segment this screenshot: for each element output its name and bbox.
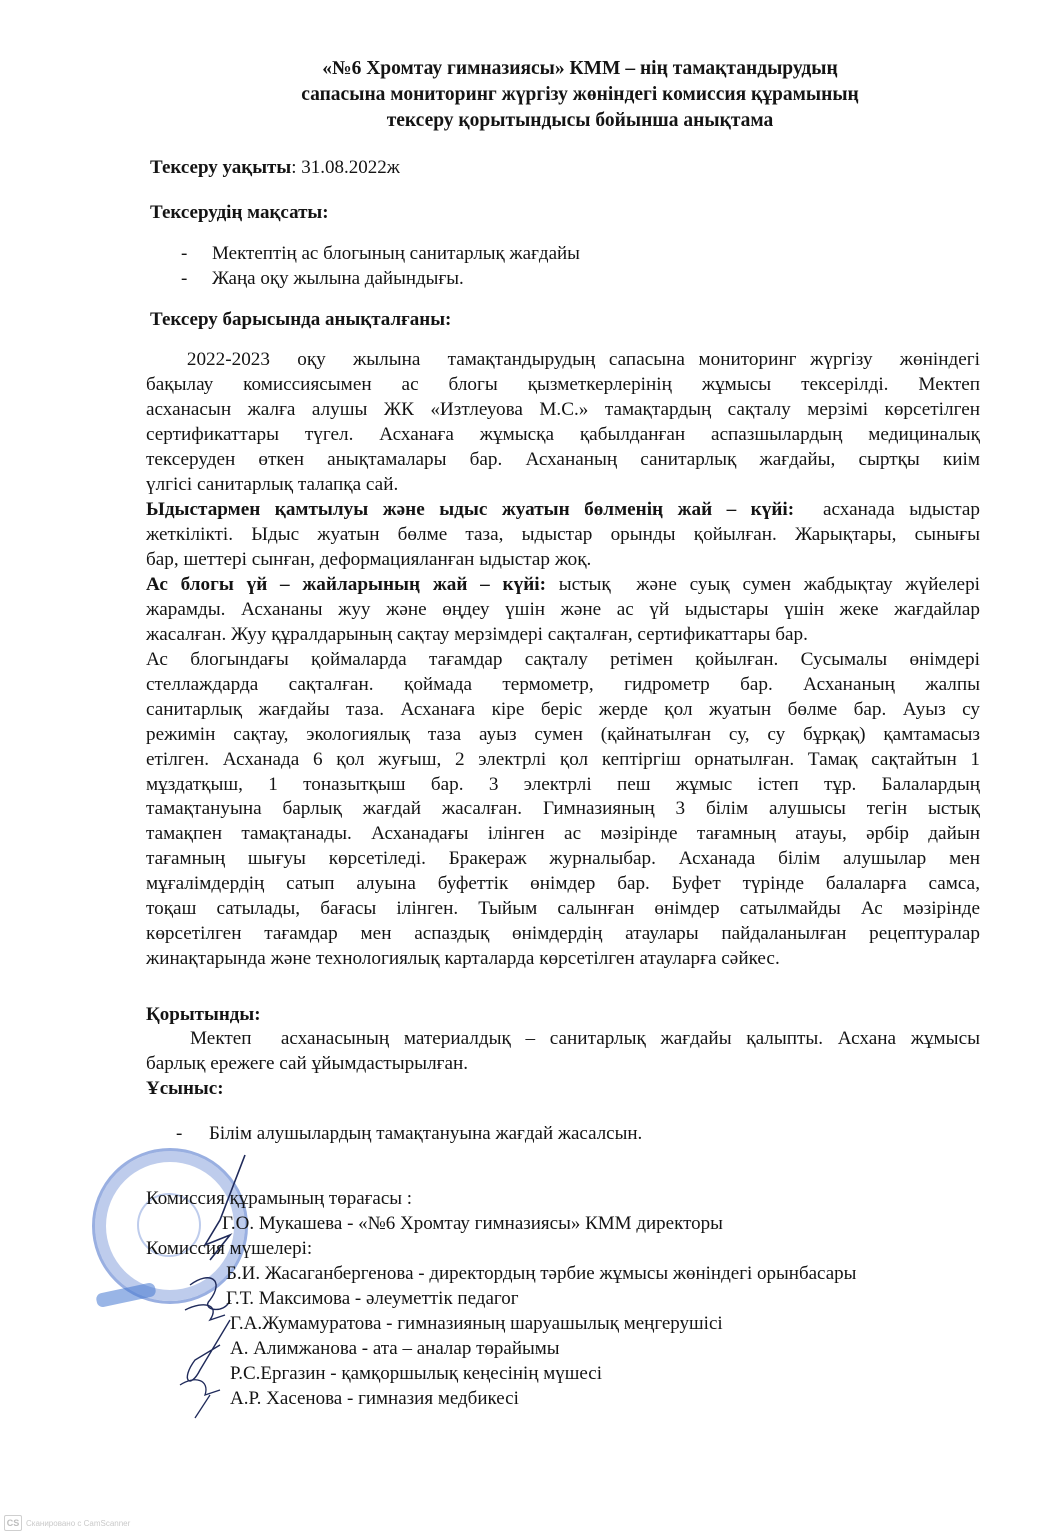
text-line: жинақтарында және технологиялық карталар… <box>146 947 980 972</box>
text-line: бар, шеттері сынған, деформацияланған ыд… <box>146 548 980 573</box>
camscanner-watermark: CS Сканировано с CamScanner <box>4 1514 130 1532</box>
commission-member: Г.Т. Максимова - әлеуметтік педагог <box>226 1286 519 1311</box>
recommendation-item-1: Білім алушылардың тамақтануына жағдай жа… <box>209 1121 642 1146</box>
bullet-dash: - <box>181 241 187 266</box>
text-line: жарамды. Асхананы жуу және өңдеу үшін жә… <box>146 598 980 623</box>
findings-paragraph-2: Ыдыстармен қамтылуы және ыдыс жуатын бөл… <box>146 498 980 573</box>
text-line: асханасын жалға алушы ЖК «Изтлеуова М.С.… <box>146 398 980 423</box>
text-line: тағамның шығуы көрсетіледі. Бракераж жур… <box>146 847 980 872</box>
text-line: тексеруден өткен анықтамалары бар. Асхан… <box>146 448 980 473</box>
text-line: көрсетілген тағамдар мен аспаздық өнімде… <box>146 922 980 947</box>
dishes-first-line: асханада ыдыстар <box>794 499 980 520</box>
text-line: Ас блогындағы қоймаларда тағамдар сақтал… <box>146 648 980 673</box>
commission-member: Б.И. Жасаганбергенова - директордың тәрб… <box>226 1261 856 1286</box>
purpose-item-2: Жаңа оқу жылына дайындығы. <box>212 266 464 291</box>
commission-member: Г.А.Жумамуратова - гимназияның шаруашылы… <box>230 1311 723 1336</box>
camscanner-logo-icon: CS <box>4 1515 22 1531</box>
findings-paragraph-3: Ас блогы үй – жайларының жай – күйі: ыст… <box>146 573 980 648</box>
text-line: мұғалімдердің сатып алуына буфеттік өнім… <box>146 872 980 897</box>
title-line-3: тексеру қорытындысы бойынша анықтама <box>150 108 1010 134</box>
document-title: «№6 Хромтау гимназиясы» КММ – нің тамақт… <box>150 56 1010 134</box>
findings-paragraph-1: 2022-2023 оқу жылына тамақтандырудың сап… <box>146 348 980 497</box>
title-line-2: сапасына мониторинг жүргізу жөніндегі ко… <box>150 82 1010 108</box>
premises-first-line: ыстық және суық сумен жабдықтау жүйелері <box>546 574 980 595</box>
text-line: етілген. Асханада 6 қол жуғыш, 2 электрл… <box>146 748 980 773</box>
text-line: режимін сақтау, экологиялық таза ауыз су… <box>146 723 980 748</box>
text-line: 2022-2023 оқу жылына тамақтандырудың сап… <box>146 348 980 373</box>
bullet-dash: - <box>176 1121 182 1146</box>
text-line: Мектеп асханасының материалдық – санитар… <box>146 1027 980 1052</box>
inspection-time: Тексеру уақыты: 31.08.2022ж <box>150 155 400 180</box>
inspection-time-label: Тексеру уақыты <box>150 157 291 178</box>
findings-paragraph-4: Ас блогындағы қоймаларда тағамдар сақтал… <box>146 648 980 972</box>
text-line: стеллаждарда сақталған. қоймада термомет… <box>146 673 980 698</box>
conclusion-text: Мектеп асханасының материалдық – санитар… <box>146 1027 980 1077</box>
text-line: Ыдыстармен қамтылуы және ыдыс жуатын бөл… <box>146 498 980 523</box>
title-line-1: «№6 Хромтау гимназиясы» КММ – нің тамақт… <box>150 56 1010 82</box>
text-line: Ас блогы үй – жайларының жай – күйі: ыст… <box>146 573 980 598</box>
text-line: мұздатқыш, 1 тоназытқыш бар. 3 электрлі … <box>146 773 980 798</box>
commission-member: А.Р. Хасенова - гимназия медбикесі <box>230 1386 519 1411</box>
conclusion-heading: Қорытынды: <box>146 1002 261 1027</box>
purpose-item-1: Мектептің ас блогының санитарлық жағдайы <box>212 241 580 266</box>
inspection-time-value: : 31.08.2022ж <box>291 157 400 178</box>
text-line: жеткілікті. Ыдыс жуатын бөлме таза, ыдыс… <box>146 523 980 548</box>
text-line: үлгісі санитарлық талапқа сай. <box>146 473 980 498</box>
text-line: санитарлық жағдайы таза. Асханаға кіре б… <box>146 698 980 723</box>
document-page: «№6 Хромтау гимназиясы» КММ – нің тамақт… <box>0 0 1060 1538</box>
findings-heading: Тексеру барысында анықталғаны: <box>150 307 451 332</box>
commission-chair: Г.О. Мукашева - «№6 Хромтау гимназиясы» … <box>222 1211 723 1236</box>
text-line: тамақпен тамақтанады. Асханадағы ілінген… <box>146 822 980 847</box>
text-line: бақылау комиссиясымен ас блогы қызметкер… <box>146 373 980 398</box>
commission-members-label: Комиссия мүшелері: <box>146 1236 312 1261</box>
purpose-heading: Тексерудің мақсаты: <box>150 200 329 225</box>
dishes-heading: Ыдыстармен қамтылуы және ыдыс жуатын бөл… <box>146 499 794 520</box>
commission-chair-label: Комиссия құрамының төрағасы : <box>146 1186 412 1211</box>
premises-heading: Ас блогы үй – жайларының жай – күйі: <box>146 574 546 595</box>
text-line: барлық ережеге сай ұйымдастырылған. <box>146 1052 980 1077</box>
text-line: сертификаттары түгел. Асханаға жұмысқа қ… <box>146 423 980 448</box>
recommendation-heading: Ұсыныс: <box>146 1076 224 1101</box>
commission-member: А. Алимжанова - ата – аналар төрайымы <box>230 1336 560 1361</box>
bullet-dash: - <box>181 266 187 291</box>
text-line: жасалған. Жуу құралдарының сақтау мерзім… <box>146 623 980 648</box>
commission-member: Р.С.Ергазин - қамқоршылық кеңесінің мүше… <box>230 1361 602 1386</box>
text-line: тоқаш сатылады, бағасы ілінген. Тыйым са… <box>146 897 980 922</box>
text-line: тамақтануына барлық жағдай жасалған. Гим… <box>146 797 980 822</box>
watermark-text: Сканировано с CamScanner <box>26 1519 130 1528</box>
